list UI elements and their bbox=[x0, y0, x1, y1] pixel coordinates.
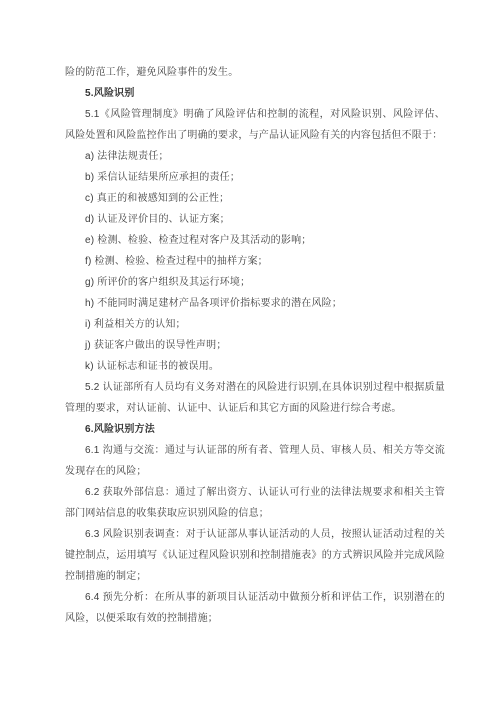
paragraph: 6.4 预先分析：在所从事的新项目认证活动中做预分析和评估工作，识别潜在的风险，… bbox=[65, 587, 445, 629]
list-item: j) 获证客户做出的误导性声明； bbox=[65, 335, 445, 356]
document-page: 险的防范工作，避免风险事件的发生。5.风险识别5.1《风险管理制度》明确了风险评… bbox=[0, 0, 500, 707]
list-item: f) 检测、检验、检查过程中的抽样方案； bbox=[65, 251, 445, 272]
paragraph: 5.1《风险管理制度》明确了风险评估和控制的流程，对风险识别、风险评估、风险处置… bbox=[65, 104, 445, 146]
paragraph: 6.2 获取外部信息：通过了解出资方、认证认可行业的法律法规要求和相关主管部门网… bbox=[65, 482, 445, 524]
section-heading: 5.风险识别 bbox=[65, 83, 445, 104]
section-heading: 6.风险识别方法 bbox=[65, 419, 445, 440]
list-item: a) 法律法规责任； bbox=[65, 146, 445, 167]
list-item: k) 认证标志和证书的被误用。 bbox=[65, 356, 445, 377]
paragraph: 6.1 沟通与交流：通过与认证部的所有者、管理人员、审核人员、相关方等交流发现存… bbox=[65, 440, 445, 482]
list-item: d) 认证及评价目的、认证方案； bbox=[65, 209, 445, 230]
list-item: g) 所评价的客户组织及其运行环境； bbox=[65, 272, 445, 293]
list-item: e) 检测、检验、检查过程对客户及其活动的影响； bbox=[65, 230, 445, 251]
list-item: i) 利益相关方的认知； bbox=[65, 314, 445, 335]
list-item: h) 不能同时满足建材产品各项评价指标要求的潜在风险； bbox=[65, 293, 445, 314]
paragraph: 5.2 认证部所有人员均有义务对潜在的风险进行识别,在具体识别过程中根据质量管理… bbox=[65, 377, 445, 419]
paragraph: 险的防范工作，避免风险事件的发生。 bbox=[65, 62, 445, 83]
list-item: c) 真正的和被感知到的公正性； bbox=[65, 188, 445, 209]
list-item: b) 采信认证结果所应承担的责任； bbox=[65, 167, 445, 188]
paragraph: 6.3 风险识别表调查：对于认证部从事认证活动的人员，按照认证活动过程的关键控制… bbox=[65, 524, 445, 587]
document-content: 险的防范工作，避免风险事件的发生。5.风险识别5.1《风险管理制度》明确了风险评… bbox=[65, 62, 445, 629]
